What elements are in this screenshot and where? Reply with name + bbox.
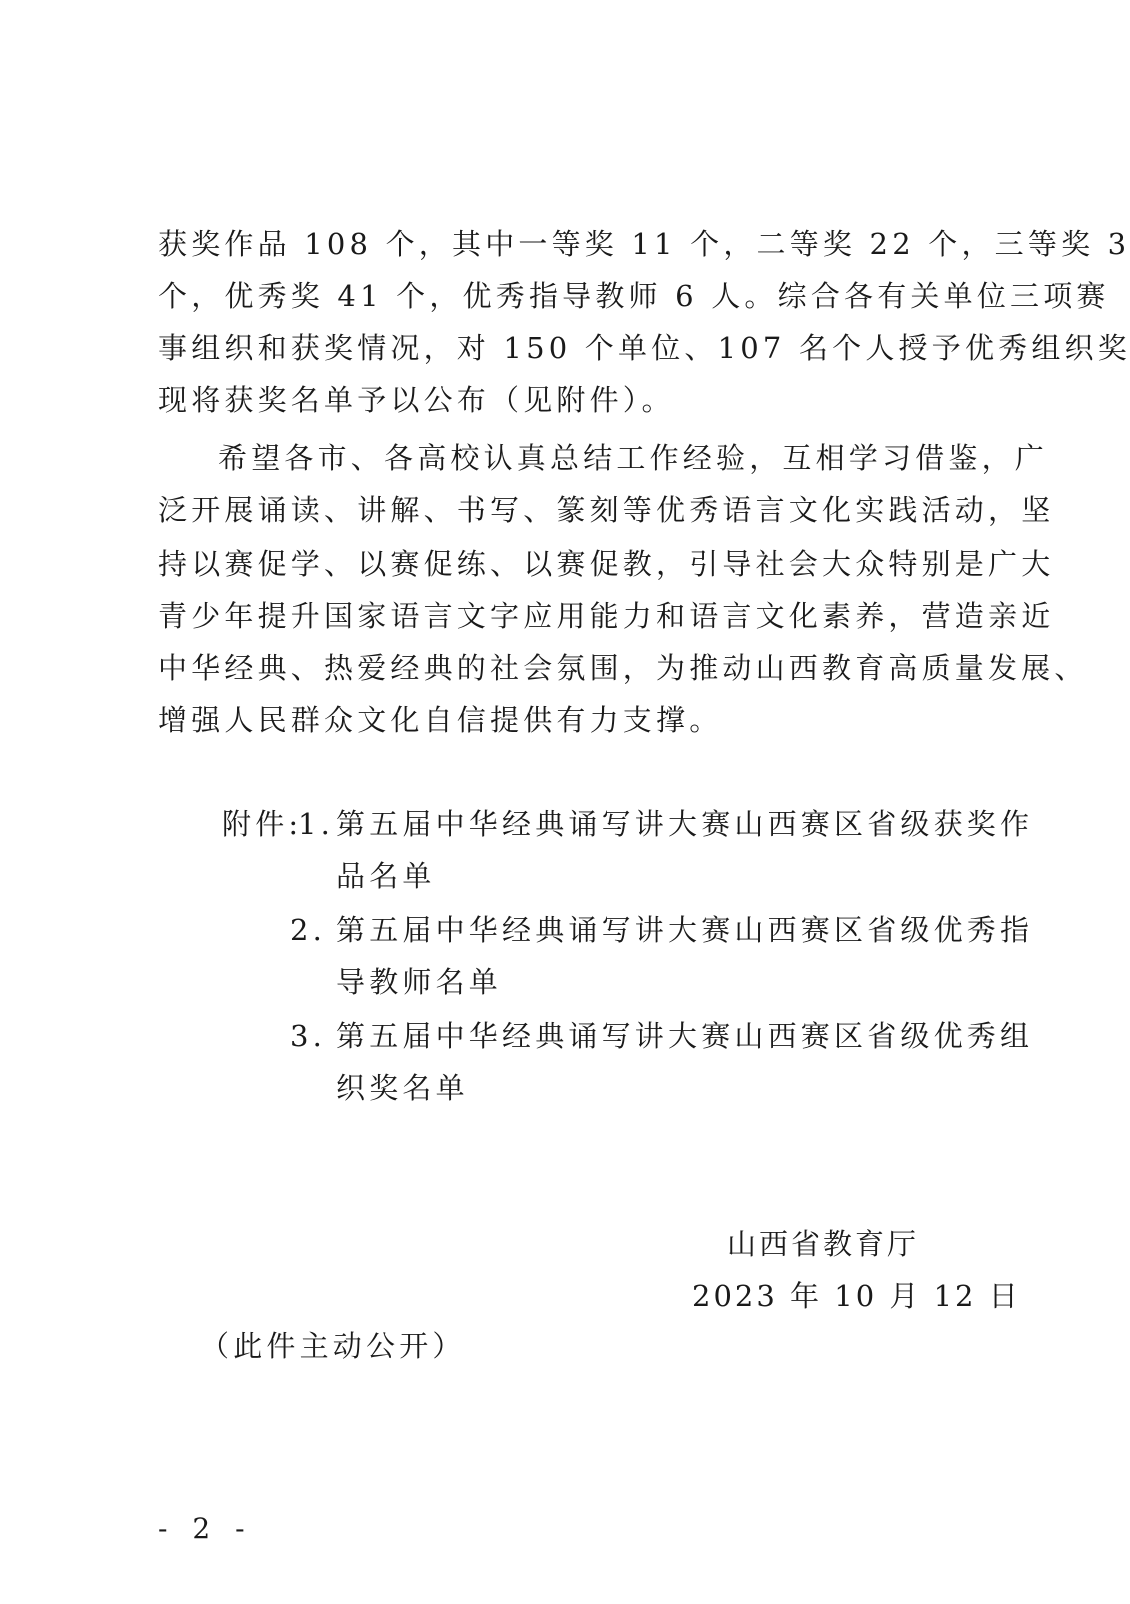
- paragraph-1-line-2: 个，优秀奖 41 个，优秀指导教师 6 人。综合各有关单位三项赛: [158, 278, 1110, 314]
- page-number: - 2 -: [158, 1512, 253, 1545]
- attachment-1-number: 1.: [298, 806, 334, 842]
- attachment-3-title: 第五届中华经典诵写讲大赛山西赛区省级优秀组: [336, 1018, 1033, 1054]
- paragraph-2-line-4: 青少年提升国家语言文字应用能力和语言文化素养，营造亲近: [158, 598, 1054, 634]
- paragraph-1-line-3: 事组织和获奖情况，对 150 个单位、107 名个人授予优秀组织奖。: [158, 330, 1130, 366]
- paragraph-1-line-4: 现将获奖名单予以公布（见附件）。: [158, 382, 675, 418]
- attachment-2-title: 第五届中华经典诵写讲大赛山西赛区省级优秀指: [336, 912, 1033, 948]
- paragraph-2-line-3: 持以赛促学、以赛促练、以赛促教，引导社会大众特别是广大: [158, 546, 1054, 582]
- document-page: 获奖作品 108 个，其中一等奖 11 个，二等奖 22 个，三等奖 34 个，…: [0, 0, 1130, 1604]
- paragraph-1-line-1: 获奖作品 108 个，其中一等奖 11 个，二等奖 22 个，三等奖 34: [158, 226, 1130, 262]
- attachment-label: 附件:: [222, 806, 302, 842]
- paragraph-2-line-6: 增强人民群众文化自信提供有力支撑。: [158, 702, 722, 738]
- signature-organization: 山西省教育厅: [727, 1226, 919, 1262]
- paragraph-2-line-5: 中华经典、热爱经典的社会氛围，为推动山西教育高质量发展、: [158, 650, 1088, 686]
- attachment-3-title-cont: 织奖名单: [336, 1070, 469, 1106]
- paragraph-2-line-1: 希望各市、各高校认真总结工作经验，互相学习借鉴，广: [218, 440, 1048, 476]
- signature-date: 2023 年 10 月 12 日: [692, 1278, 1021, 1314]
- disclosure-note: （此件主动公开）: [200, 1328, 466, 1364]
- attachment-3-number: 3.: [290, 1018, 326, 1054]
- attachment-2-title-cont: 导教师名单: [336, 964, 502, 1000]
- paragraph-2-line-2: 泛开展诵读、讲解、书写、篆刻等优秀语言文化实践活动，坚: [158, 492, 1054, 528]
- attachment-1-title: 第五届中华经典诵写讲大赛山西赛区省级获奖作: [336, 806, 1033, 842]
- attachment-2-number: 2.: [290, 912, 326, 948]
- attachment-1-title-cont: 品名单: [336, 858, 436, 894]
